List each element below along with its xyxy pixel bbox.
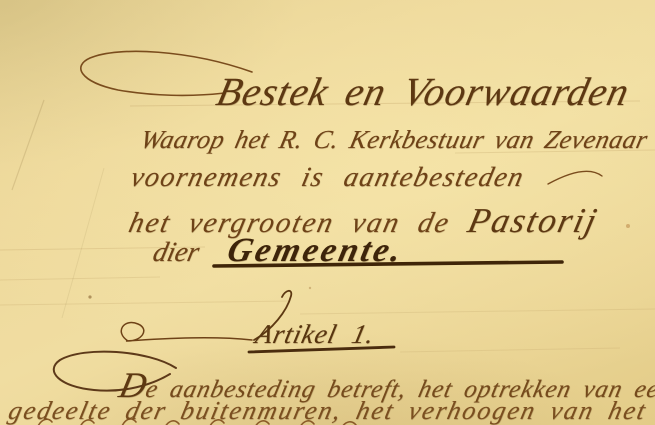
paper-guideline xyxy=(0,301,290,305)
body-line-2: gedeelte der buitenmuren, het verhoogen … xyxy=(6,398,650,424)
subtitle-line-1: Waarop het R. C. Kerkbestuur van Zevenaa… xyxy=(138,127,650,153)
artikel-lead-flourish xyxy=(121,323,252,342)
ink-speck xyxy=(626,224,630,228)
ink-speck xyxy=(309,287,311,289)
paper-guideline xyxy=(300,309,655,314)
manuscript-page: Bestek en Voorwaarden Waarop het R. C. K… xyxy=(0,0,655,425)
pastorij-word: Pastorij xyxy=(464,201,602,240)
paper-guideline xyxy=(400,348,620,352)
title-line: Bestek en Voorwaarden xyxy=(213,72,633,112)
subtitle-line-4: dier Gemeente. xyxy=(150,234,407,268)
paper-guideline xyxy=(0,277,160,280)
paper-crease xyxy=(12,100,44,190)
ink-speck xyxy=(88,295,91,298)
subtitle-line-2: voornemens is aantebesteden xyxy=(128,164,527,192)
besteden-end-flourish xyxy=(548,171,602,184)
dier-word: dier xyxy=(150,237,202,268)
gemeente-word: Gemeente. xyxy=(224,232,408,269)
paper-crease xyxy=(62,168,104,318)
article-heading: Artikel 1. xyxy=(253,321,378,348)
